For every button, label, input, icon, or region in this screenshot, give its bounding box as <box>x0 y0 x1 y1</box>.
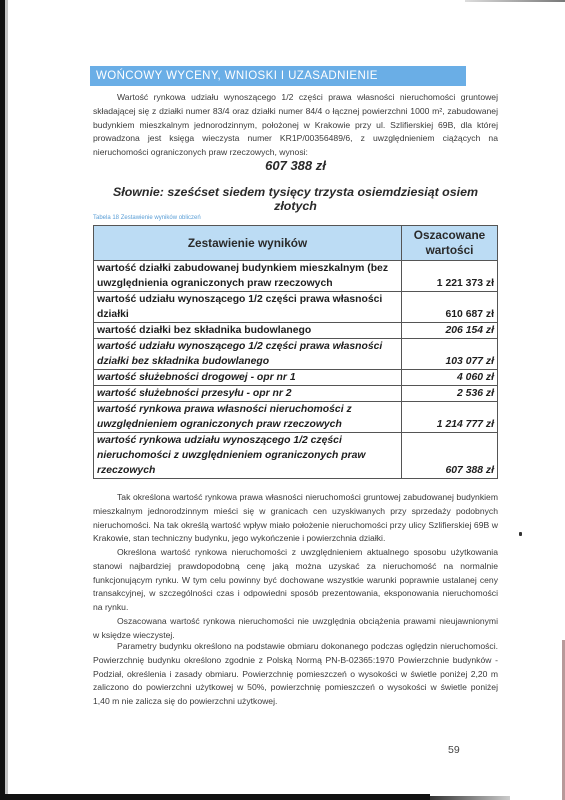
row-label: wartość rynkowa udziału wynoszącego 1/2 … <box>94 433 402 479</box>
table-caption: Tabela 18 Zestawienie wyników obliczeń <box>93 215 201 221</box>
paragraph-text: Określona wartość rynkowa nieruchomości … <box>93 547 498 612</box>
table-header-row: Zestawienie wyników Oszacowane wartości <box>94 226 498 261</box>
row-value: 1 221 373 zł <box>402 261 498 292</box>
table-row: wartość rynkowa udziału wynoszącego 1/2 … <box>94 433 498 479</box>
table-row: wartość działki bez składnika budowlaneg… <box>94 323 498 339</box>
scan-speck <box>519 532 522 536</box>
results-table-body: wartość działki zabudowanej budynkiem mi… <box>94 261 498 479</box>
scan-bottom-edge <box>0 794 430 800</box>
row-label: wartość służebności drogowej - opr nr 1 <box>94 370 402 386</box>
table-row: wartość służebności drogowej - opr nr 14… <box>94 370 498 386</box>
paragraph-text: Tak określona wartość rynkowa prawa włas… <box>93 492 498 543</box>
row-label: wartość rynkowa prawa własności nierucho… <box>94 402 402 433</box>
column-header-summary: Zestawienie wyników <box>94 226 402 261</box>
results-table: Zestawienie wyników Oszacowane wartości … <box>93 225 498 479</box>
row-label: wartość udziału wynoszącego 1/2 części p… <box>94 339 402 370</box>
paragraph-text: Parametry budynku określono na podstawie… <box>93 641 498 706</box>
row-label: wartość działki zabudowanej budynkiem mi… <box>94 261 402 292</box>
table-row: wartość działki zabudowanej budynkiem mi… <box>94 261 498 292</box>
intro-paragraph-text: Wartość rynkowa udziału wynoszącego 1/2 … <box>93 92 498 157</box>
final-value: 607 388 zł <box>93 158 498 173</box>
row-value: 206 154 zł <box>402 323 498 339</box>
row-label: wartość służebności przesyłu - opr nr 2 <box>94 386 402 402</box>
paragraph-encumbrances: Oszacowana wartość rynkowa nieruchomości… <box>93 615 498 643</box>
paragraph-market-value: Określona wartość rynkowa nieruchomości … <box>93 546 498 615</box>
intro-paragraph: Wartość rynkowa udziału wynoszącego 1/2 … <box>93 91 498 160</box>
row-label: wartość działki bez składnika budowlaneg… <box>94 323 402 339</box>
table-row: wartość udziału wynoszącego 1/2 części p… <box>94 339 498 370</box>
row-value: 607 388 zł <box>402 433 498 479</box>
row-label: wartość udziału wynoszącego 1/2 części p… <box>94 292 402 323</box>
row-value: 2 536 zł <box>402 386 498 402</box>
row-value: 103 077 zł <box>402 339 498 370</box>
scan-top-edge <box>465 0 565 2</box>
paragraph-valuation-justification: Tak określona wartość rynkowa prawa włas… <box>93 491 498 546</box>
scan-left-shadow <box>5 0 8 800</box>
paragraph-text: Oszacowana wartość rynkowa nieruchomości… <box>93 616 498 640</box>
table-row: wartość służebności przesyłu - opr nr 22… <box>94 386 498 402</box>
row-value: 1 214 777 zł <box>402 402 498 433</box>
page-number: 59 <box>448 744 460 756</box>
table-row: wartość rynkowa prawa własności nierucho… <box>94 402 498 433</box>
table-row: wartość udziału wynoszącego 1/2 części p… <box>94 292 498 323</box>
column-header-values: Oszacowane wartości <box>402 226 498 261</box>
paragraph-building-parameters: Parametry budynku określono na podstawie… <box>93 640 498 709</box>
section-header: WOŃCOWY WYCENY, WNIOSKI I UZASADNIENIE <box>90 66 466 86</box>
row-value: 4 060 zł <box>402 370 498 386</box>
final-value-in-words: Słownie: sześćset siedem tysięcy trzysta… <box>93 185 498 213</box>
scan-bottom-shadow <box>430 796 510 800</box>
row-value: 610 687 zł <box>402 292 498 323</box>
